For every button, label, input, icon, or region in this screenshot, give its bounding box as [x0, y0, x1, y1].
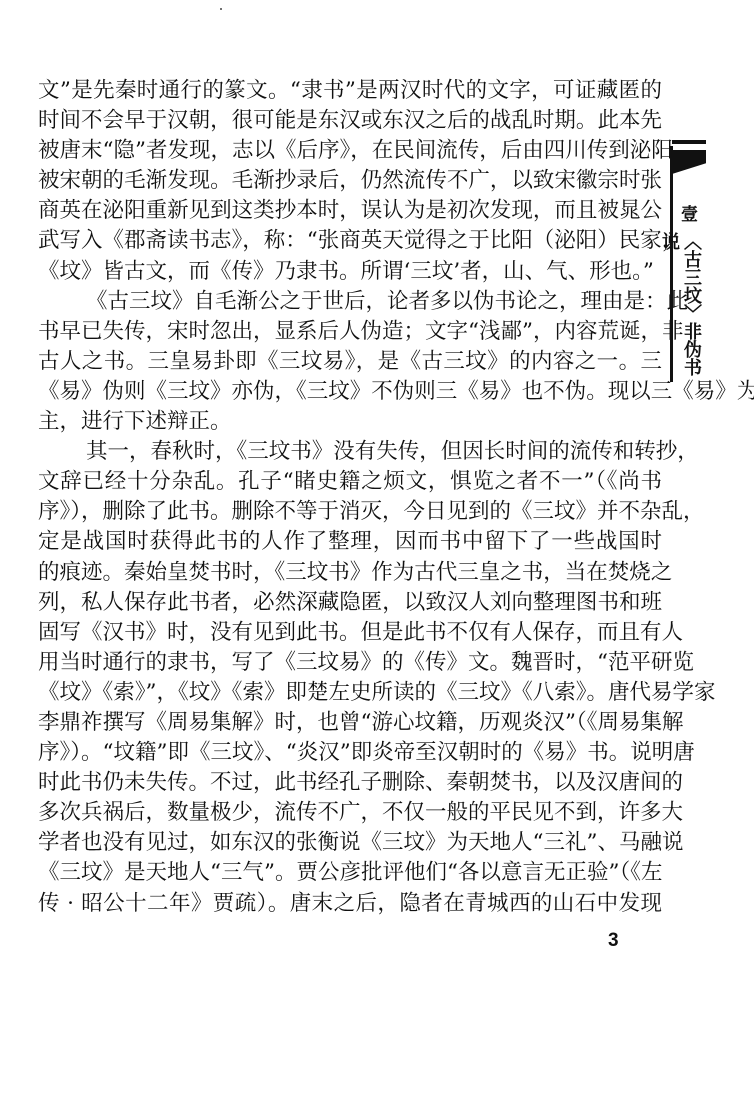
text-line: 《古三坟》自毛渐公之于世后，论者多以伪书论之，理由是：此 — [38, 287, 662, 317]
text-line: 武写入《郡斋读书志》，称：“张商英天觉得之于比阳（泌阳）民家， — [38, 226, 662, 256]
chapter-title: 〈古三坟〉非伪书说 — [680, 232, 702, 384]
tab-vertical-rule — [670, 146, 673, 382]
text-line: 固写《汉书》时，没有见到此书。但是此书不仅有人保存，而且有人 — [38, 618, 662, 648]
text-line: 传 · 昭公十二年》贾疏）。唐末之后，隐者在青城西的山石中发现 — [38, 889, 662, 919]
text-line: 序》）。“坟籍”即《三坟》、“炎汉”即炎帝至汉朝时的《易》书。说明唐 — [38, 738, 662, 768]
text-line: 的痕迹。秦始皇焚书时，《三坟书》作为古代三皇之书，当在焚烧之 — [38, 558, 662, 588]
text-line: 其一，春秋时，《三坟书》没有失传，但因长时间的流传和转抄， — [38, 437, 662, 467]
text-line: 《三坟》是天地人“三气”。贾公彦批评他们“各以意言无正验”（《左 — [38, 858, 662, 888]
text-line: 序》），删除了此书。删除不等于消灭，今日见到的《三坟》并不杂乱， — [38, 497, 662, 527]
chapter-side-tab: 壹 〈古三坟〉非伪书说 — [664, 140, 724, 384]
body-text: 文”是先秦时通行的篆文。“隶书”是两汉时代的文字，可证藏匿的 时间不会早于汉朝，… — [38, 76, 662, 919]
tab-flag-marker — [672, 150, 706, 174]
text-line: 被唐末“隐”者发现，志以《后序》，在民间流传，后由四川传到泌阳， — [38, 136, 662, 166]
text-line: 时间不会早于汉朝，很可能是东汉或东汉之后的战乱时期。此本先 — [38, 106, 662, 136]
chapter-number: 壹 — [681, 200, 698, 225]
text-line: 时此书仍未失传。不过，此书经孔子删除、秦朝焚书，以及汉唐间的 — [38, 768, 662, 798]
text-line: 文辞已经十分杂乱。孔子“睹史籍之烦文，惧览之者不一”（《尚书 — [38, 467, 662, 497]
text-line: 李鼎祚撰写《周易集解》时，也曾“游心坟籍，历观炎汉”（《周易集解 — [38, 708, 662, 738]
text-line: 列，私人保存此书者，必然深藏隐匿，以致汉人刘向整理图书和班 — [38, 588, 662, 618]
text-line: 学者也没有见过，如东汉的张衡说《三坟》为天地人“三礼”、马融说 — [38, 828, 662, 858]
text-line: 《易》伪则《三坟》亦伪，《三坟》不伪则三《易》也不伪。现以三《易》为 — [38, 377, 662, 407]
scan-speck — [220, 8, 222, 10]
text-line: 多次兵祸后，数量极少，流传不广，不仅一般的平民见不到，许多大 — [38, 798, 662, 828]
text-line: 《坟》《索》”，《坟》《索》即楚左史所读的《三坟》《八索》。唐代易学家 — [38, 678, 662, 708]
text-line: 定是战国时获得此书的人作了整理，因而书中留下了一些战国时 — [38, 527, 662, 557]
text-line: 文”是先秦时通行的篆文。“隶书”是两汉时代的文字，可证藏匿的 — [38, 76, 662, 106]
text-line: 《坟》皆古文，而《传》乃隶书。所谓‘三坟’者，山、气、形也。” — [38, 257, 662, 287]
text-line: 主，进行下述辩正。 — [38, 407, 662, 437]
page-number: 3 — [608, 930, 619, 952]
text-line: 书早已失传，宋时忽出，显系后人伪造；文字“浅鄙”，内容荒诞，非 — [38, 317, 662, 347]
text-line: 被宋朝的毛渐发现。毛渐抄录后，仍然流传不广，以致宋徽宗时张 — [38, 166, 662, 196]
text-line: 古人之书。三皇易卦即《三坟易》，是《古三坟》的内容之一。三 — [38, 347, 662, 377]
text-line: 商英在泌阳重新见到这类抄本时，误认为是初次发现，而且被晁公 — [38, 196, 662, 226]
book-page: 文”是先秦时通行的篆文。“隶书”是两汉时代的文字，可证藏匿的 时间不会早于汉朝，… — [0, 0, 754, 1112]
text-line: 用当时通行的隶书，写了《三坟易》的《传》文。魏晋时，“范平研览 — [38, 648, 662, 678]
tab-top-bar — [672, 140, 706, 144]
